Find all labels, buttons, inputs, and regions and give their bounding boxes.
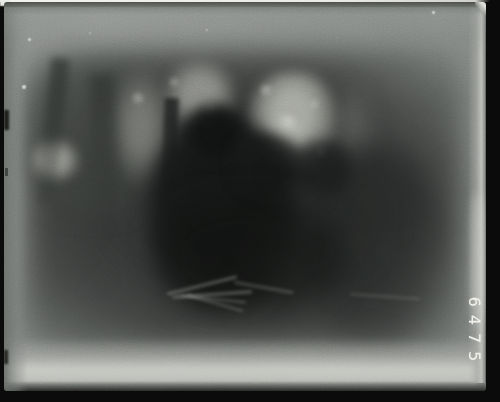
emulsion-chip [4,350,8,364]
dust-speck [432,11,435,14]
dust-speck [89,32,91,34]
emulsion-chip [4,110,9,130]
plate-left-edge [4,2,28,391]
figure-silhouette-bundle [292,141,352,197]
emulsion-chip [5,168,8,176]
plate-number: 6475 [464,288,484,378]
scanned-photo: 6475 [0,0,500,402]
plate-bottom-highlight [6,338,478,384]
plate-top-band [4,7,486,57]
dust-speck [28,38,31,41]
pole-silhouette [90,74,119,209]
dust-speck [206,29,208,31]
plate-bottom-edge [4,381,486,391]
dust-speck [22,85,26,89]
glass-plate: 6475 [4,2,486,391]
corner-bright-chip [475,2,486,15]
